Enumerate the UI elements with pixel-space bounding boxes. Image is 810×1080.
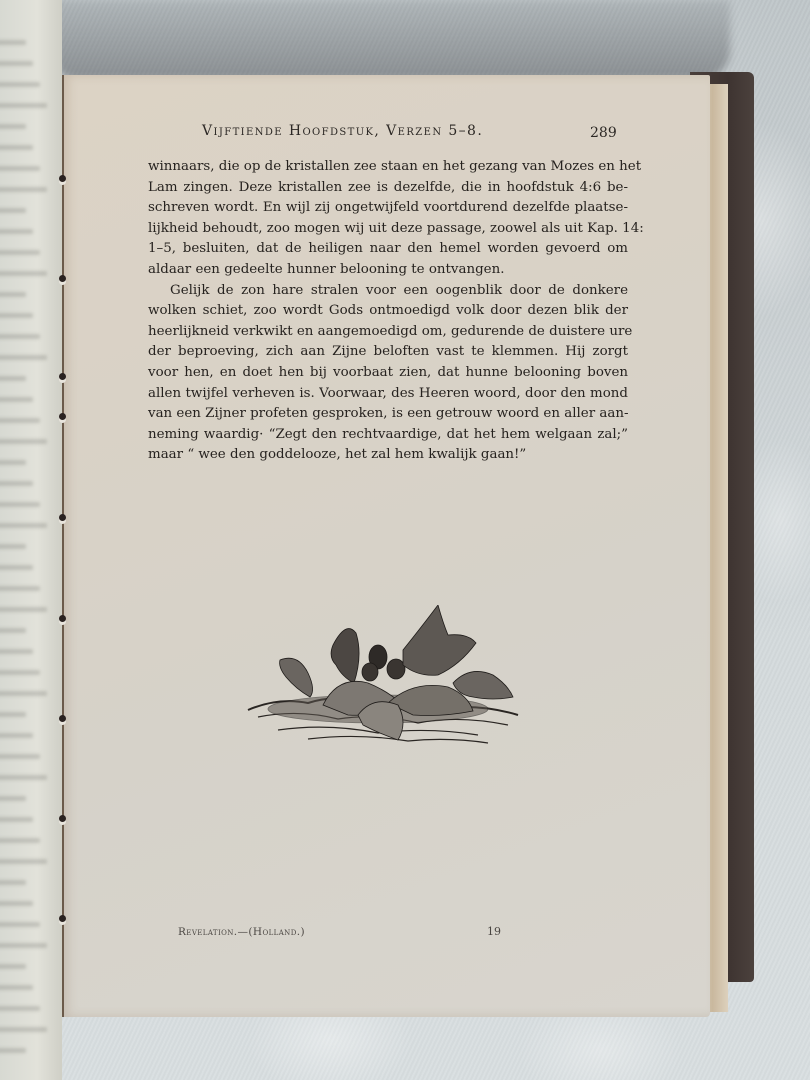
signature-number: 19	[487, 925, 501, 938]
blurred-text-line	[0, 943, 47, 948]
text-line: 1–5, besluiten, dat de heiligen naar den…	[148, 239, 628, 260]
blurred-text-line	[0, 397, 33, 402]
blurred-text-line	[0, 502, 40, 507]
blurred-text-line	[0, 691, 47, 696]
blurred-text-line	[0, 418, 40, 423]
blurred-text-line	[0, 481, 33, 486]
blurred-text-line	[0, 670, 40, 675]
blurred-text-line	[0, 376, 26, 381]
page-number: 289	[590, 125, 617, 141]
text-line: Lam zingen. Deze kristallen zee is dezel…	[148, 178, 628, 199]
binding-stitch	[59, 373, 66, 380]
blurred-text-line	[0, 334, 40, 339]
text-line: lijkheid behoudt, zoo mogen wij uit deze…	[148, 219, 628, 240]
blurred-text-line	[0, 103, 47, 108]
blurred-text-line	[0, 460, 26, 465]
blurred-text-line	[0, 313, 33, 318]
blurred-text-line	[0, 607, 47, 612]
text-line: der beproeving, zich aan Zijne beloften …	[148, 342, 628, 363]
body-text: winnaars, die op de kristallen zee staan…	[148, 157, 628, 466]
camera-shadow	[50, 0, 730, 80]
blurred-text-line	[0, 733, 33, 738]
text-line: winnaars, die op de kristallen zee staan…	[148, 157, 628, 178]
binding-stitch	[59, 175, 66, 182]
text-line: allen twijfel verheven is. Voorwaar, des…	[148, 384, 628, 405]
blurred-text-line	[0, 292, 26, 297]
blurred-text-line	[0, 355, 47, 360]
blurred-text-line	[0, 82, 40, 87]
blurred-text-line	[0, 712, 26, 717]
blurred-text-line	[0, 859, 47, 864]
blurred-text-line	[0, 796, 26, 801]
blurred-text-line	[0, 250, 40, 255]
binding-stitch	[59, 615, 66, 622]
blurred-text-line	[0, 523, 47, 528]
binding-stitch	[59, 815, 66, 822]
binding-stitch	[59, 275, 66, 282]
binding-stitch	[59, 413, 66, 420]
blurred-text-line	[0, 586, 40, 591]
blurred-text-line	[0, 1027, 47, 1032]
blurred-text-line	[0, 271, 47, 276]
blurred-text-line	[0, 208, 26, 213]
text-line: neming waardig· “Zegt den rechtvaardige,…	[148, 425, 628, 446]
blurred-text-line	[0, 1006, 40, 1011]
blurred-text-line	[0, 229, 33, 234]
blurred-text-line	[0, 565, 33, 570]
blurred-text-line	[0, 1048, 26, 1053]
binding-stitch	[59, 915, 66, 922]
blurred-text-line	[0, 901, 33, 906]
blurred-text-line	[0, 166, 40, 171]
text-line: voor hen, en doet hen bij voorbaat zien,…	[148, 363, 628, 384]
blurred-text-line	[0, 964, 26, 969]
text-line: heerlijkneid verkwikt en aangemoedigd om…	[148, 322, 628, 343]
text-line: schreven wordt. En wijl zij ongetwijfeld…	[148, 198, 628, 219]
left-facing-page	[0, 0, 62, 1080]
text-line: maar “ wee den goddelooze, het zal hem k…	[148, 445, 628, 466]
blurred-text-line	[0, 61, 33, 66]
blurred-text-line	[0, 649, 33, 654]
blurred-text-line	[0, 838, 40, 843]
text-line: van een Zijner profeten gesproken, is ee…	[148, 404, 628, 425]
text-line: wolken schiet, zoo wordt Gods ontmoedigd…	[148, 301, 628, 322]
blurred-text-line	[0, 544, 26, 549]
binding-stitch	[59, 715, 66, 722]
blurred-text-line	[0, 922, 40, 927]
blurred-text-line	[0, 145, 33, 150]
blurred-text-line	[0, 40, 26, 45]
running-head: Vijftiende Hoofdstuk, Verzen 5–8.	[202, 123, 620, 139]
blurred-text-line	[0, 628, 26, 633]
text-line: aldaar een gedeelte hunner belooning te …	[148, 260, 628, 281]
blurred-text-line	[0, 985, 33, 990]
blurred-text-line	[0, 880, 26, 885]
blurred-text-line	[0, 775, 47, 780]
blurred-text-line	[0, 439, 47, 444]
printer-signature: Revelation.—(Holland.)	[178, 926, 305, 938]
blurred-text-line	[0, 187, 47, 192]
blurred-text-line	[0, 817, 33, 822]
blurred-text-line	[0, 754, 40, 759]
binding-stitch	[59, 514, 66, 521]
text-line: Gelijk de zon hare stralen voor een ooge…	[148, 281, 628, 302]
oak-leaves-ornament-icon	[238, 605, 528, 755]
book-page: Vijftiende Hoofdstuk, Verzen 5–8. 289 wi…	[62, 75, 710, 1017]
gutter-binding	[62, 75, 64, 1017]
blurred-text-line	[0, 124, 26, 129]
